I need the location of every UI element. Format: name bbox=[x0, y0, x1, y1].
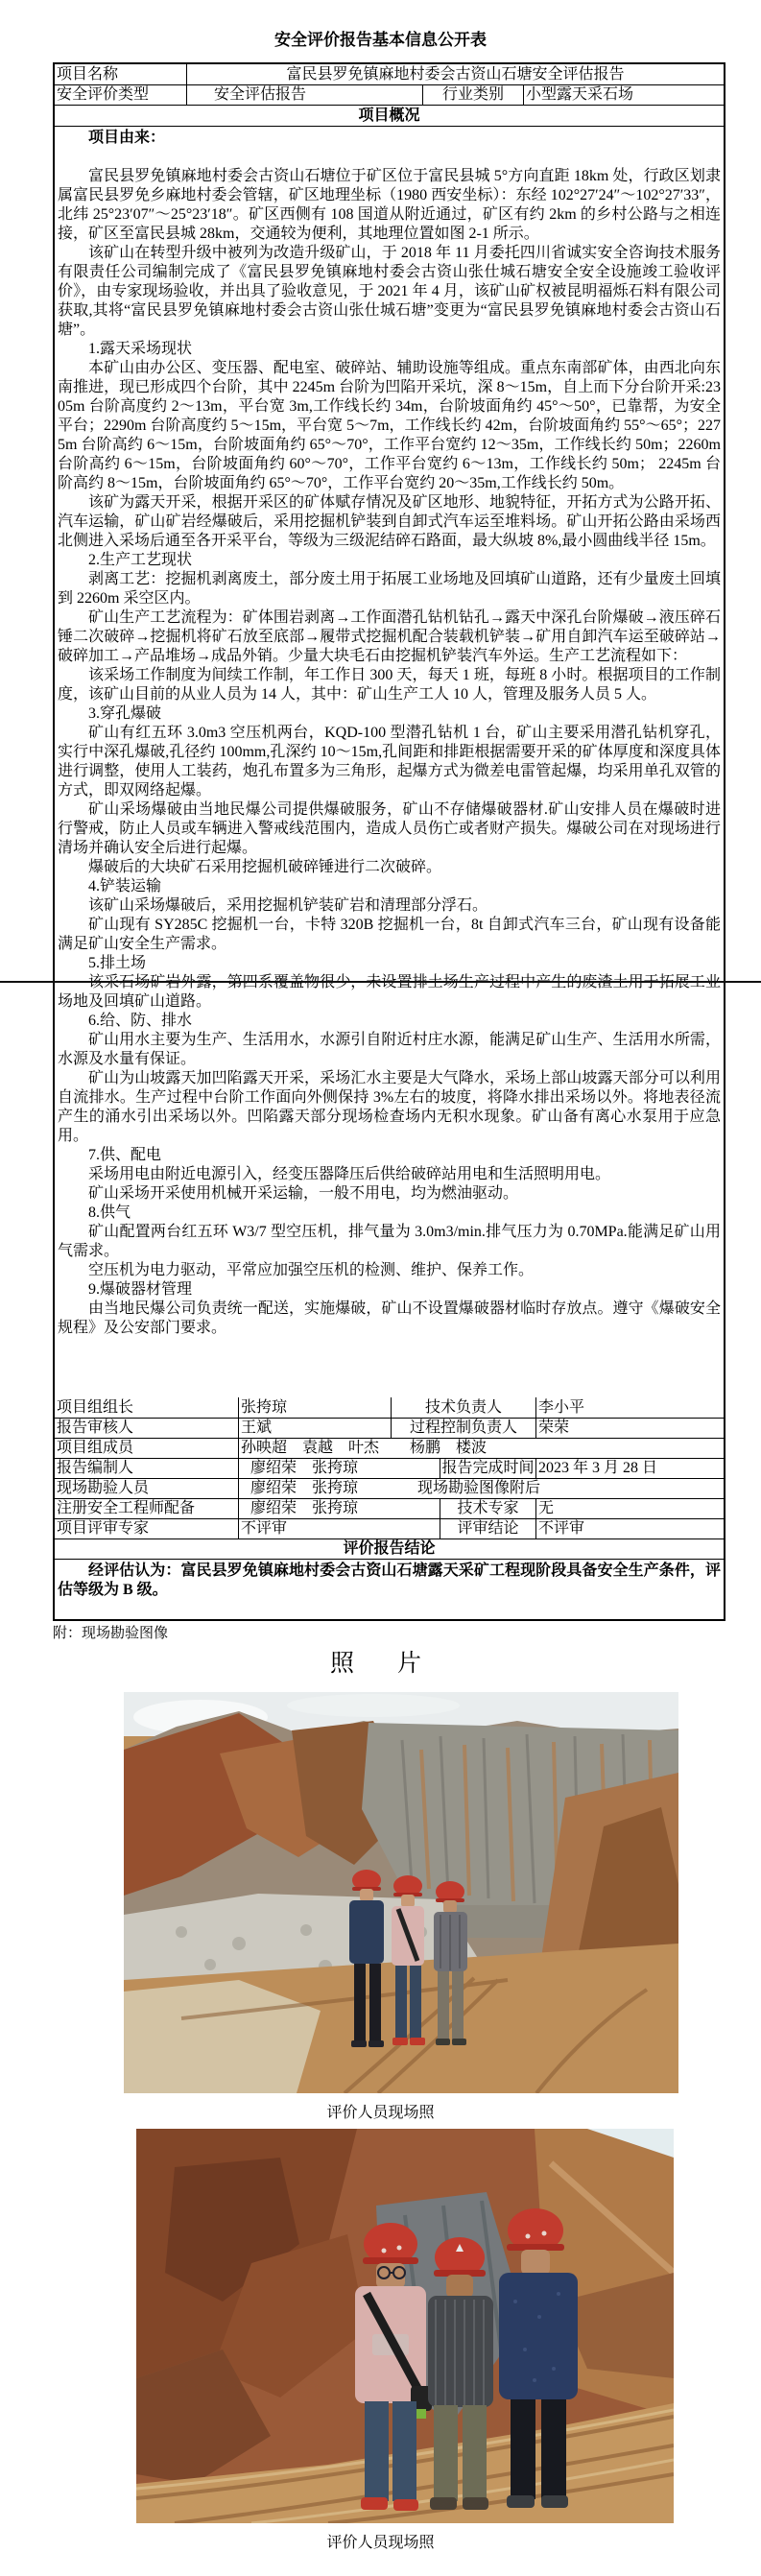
site-photo-quarry-wide bbox=[124, 1692, 678, 2093]
personnel-row: 项目评审专家不评审评审结论不评审 bbox=[55, 1518, 724, 1538]
photo-caption-2: 评价人员现场照 bbox=[0, 2534, 761, 2553]
personnel-label: 项目组组长 bbox=[55, 1397, 238, 1418]
industry-value: 小型露天采石场 bbox=[523, 85, 724, 105]
personnel-value: 廖绍荣 张挎琼 bbox=[238, 1459, 440, 1478]
overview-paragraph bbox=[58, 148, 721, 167]
personnel-value: 孙映超 袁越 叶杰 杨鹏 楼波 bbox=[238, 1439, 724, 1458]
conclusion-row: 经评估认为：富民县罗免镇麻地村委会古资山石塘露天采矿工程现阶段具备安全生产条件，… bbox=[55, 1559, 724, 1619]
document-page: { "page": { "title": "安全评价报告基本信息公开表", "a… bbox=[0, 0, 761, 2576]
personnel-value: 王斌 bbox=[238, 1419, 391, 1438]
personnel-row: 报告审核人王斌过程控制负责人荣荣 bbox=[55, 1418, 724, 1438]
personnel-value: 不评审 bbox=[535, 1519, 724, 1538]
overview-paragraph: 矿山采场开采使用机械开采运输，一般不用电，均为燃油驱动。 bbox=[58, 1184, 721, 1204]
personnel-label: 报告审核人 bbox=[55, 1419, 238, 1438]
overview-paragraph: 7.供、配电 bbox=[58, 1146, 721, 1165]
personnel-value: 报告完成时间 bbox=[440, 1459, 535, 1478]
personnel-label: 报告编制人 bbox=[55, 1459, 238, 1478]
overview-paragraph: 6.给、防、排水 bbox=[58, 1012, 721, 1031]
personnel-value: 无 bbox=[535, 1499, 724, 1518]
overview-paragraph: 矿山生产工艺流程为：矿体围岩剥离→工作面潜孔钻机钻孔→露天中深孔台阶爆破→液压碎… bbox=[58, 608, 721, 666]
overview-paragraph: 本矿山由办公区、变压器、配电室、破碎站、辅助设施等组成。重点东南部矿体，由西北向… bbox=[58, 359, 721, 493]
project-name-row: 项目名称 富民县罗免镇麻地村委会古资山石塘安全评估报告 bbox=[55, 64, 724, 84]
personnel-value: 李小平 bbox=[535, 1397, 724, 1418]
conclusion-header-row: 评价报告结论 bbox=[55, 1538, 724, 1559]
eval-type-row: 安全评价类型 安全评估报告 行业类别 小型露天采石场 bbox=[55, 84, 724, 105]
overview-paragraph: 由当地民爆公司负责统一配送，实施爆破，矿山不设置爆破器材临时存放点。遵守《爆破安… bbox=[58, 1300, 721, 1338]
personnel-label: 项目评审专家 bbox=[55, 1519, 238, 1538]
overview-header: 项目概况 bbox=[55, 106, 724, 126]
eval-type-label: 安全评价类型 bbox=[55, 85, 186, 105]
personnel-label: 现场勘验人员 bbox=[55, 1479, 238, 1498]
overview-row: 项目由来：富民县罗免镇麻地村委会古资山石塘位于矿区位于富民县城 5°方向直距 1… bbox=[55, 126, 724, 1397]
overview-paragraph: 9.爆破器材管理 bbox=[58, 1280, 721, 1300]
site-photo-group-closeup bbox=[136, 2129, 674, 2523]
overview-paragraph: 5.排土场 bbox=[58, 954, 721, 973]
overview-paragraph: 该矿山在转型升级中被列为改造升级矿山，于 2018 年 11 月委托四川省诚实安… bbox=[58, 244, 721, 340]
overview-paragraph: 该矿为露天开采，根据开采区的矿体赋存情况及矿区地形、地貌特征，开拓方式为公路开拓… bbox=[58, 493, 721, 551]
overview-paragraph: 剥离工艺：挖掘机剥离废土，部分废土用于拓展工业场地及回填矿山道路，还有少量废土回… bbox=[58, 570, 721, 608]
overview-paragraph: 矿山采场爆破由当地民爆公司提供爆破服务，矿山不存储爆破器材.矿山安排人员在爆破时… bbox=[58, 800, 721, 858]
personnel-row: 项目组成员孙映超 袁越 叶杰 杨鹏 楼波 bbox=[55, 1438, 724, 1458]
project-name-value: 富民县罗免镇麻地村委会古资山石塘安全评估报告 bbox=[186, 64, 724, 84]
group-photo-illustration bbox=[136, 2129, 674, 2523]
personnel-row: 报告编制人廖绍荣 张挎琼报告完成时间2023 年 3 月 28 日 bbox=[55, 1458, 724, 1478]
personnel-value: 过程控制负责人 bbox=[391, 1419, 535, 1438]
personnel-value: 评审结论 bbox=[440, 1519, 535, 1538]
personnel-cell-note: 现场勘验图像附后 bbox=[417, 1479, 540, 1498]
overview-paragraph: 3.穿孔爆破 bbox=[58, 704, 721, 724]
personnel-label: 注册安全工程师配备 bbox=[55, 1499, 238, 1518]
eval-type-value: 安全评估报告 bbox=[186, 85, 422, 105]
overview-paragraph: 矿山为山坡露天加凹陷露天开采，采场汇水主要是大气降水，采场上部山坡露天部分可以利… bbox=[58, 1069, 721, 1146]
personnel-value: 张挎琼 bbox=[238, 1397, 391, 1418]
page-break-line bbox=[0, 981, 761, 983]
conclusion-text: 经评估认为：富民县罗免镇麻地村委会古资山石塘露天采矿工程现阶段具备安全生产条件，… bbox=[55, 1560, 724, 1619]
industry-label: 行业类别 bbox=[422, 85, 523, 105]
overview-paragraph: 富民县罗免镇麻地村委会古资山石塘位于矿区位于富民县城 5°方向直距 18km 处… bbox=[58, 167, 721, 244]
overview-paragraph: 采场用电由附近电源引入，经变压器降压后供给破碎站用电和生活照明用电。 bbox=[58, 1165, 721, 1184]
conclusion-header: 评价报告结论 bbox=[55, 1539, 724, 1559]
overview-paragraph: 8.供气 bbox=[58, 1204, 721, 1223]
personnel-value: 技术负责人 bbox=[391, 1397, 535, 1418]
photo-caption-1: 评价人员现场照 bbox=[0, 2104, 761, 2123]
quarry-photo-illustration bbox=[124, 1692, 678, 2093]
overview-paragraph: 项目由来： bbox=[58, 129, 721, 148]
conclusion-paragraph: 经评估认为：富民县罗免镇麻地村委会古资山石塘露天采矿工程现阶段具备安全生产条件，… bbox=[58, 1562, 721, 1600]
personnel-cell-text: 廖绍荣 张挎琼 bbox=[250, 1479, 358, 1498]
project-name-label: 项目名称 bbox=[55, 64, 186, 84]
overview-paragraph: 空压机为电力驱动，平常应加强空压机的检测、维护、保养工作。 bbox=[58, 1261, 721, 1280]
overview-paragraph: 1.露天采场现状 bbox=[58, 340, 721, 359]
overview-paragraph: 爆破后的大块矿石采用挖掘机破碎锤进行二次破碎。 bbox=[58, 858, 721, 877]
personnel-value: 2023 年 3 月 28 日 bbox=[535, 1459, 724, 1478]
personnel-value: 不评审 bbox=[238, 1519, 440, 1538]
overview-paragraph: 矿山有红五环 3.0m3 空压机两台，KQD-100 型潜孔钻机 1 台，矿山主… bbox=[58, 724, 721, 800]
personnel-value: 技术专家 bbox=[440, 1499, 535, 1518]
personnel-value: 廖绍荣 张挎琼现场勘验图像附后 bbox=[238, 1479, 724, 1498]
personnel-row: 现场勘验人员廖绍荣 张挎琼现场勘验图像附后 bbox=[55, 1478, 724, 1498]
overview-paragraph: 矿山配置两台红五环 W3/7 型空压机，排气量为 3.0m3/min.排气压力为… bbox=[58, 1223, 721, 1261]
overview-paragraph: 该矿山采场爆破后，采用挖掘机铲装矿岩和清理部分浮石。 bbox=[58, 896, 721, 916]
personnel-row: 注册安全工程师配备廖绍荣 张挎琼技术专家无 bbox=[55, 1498, 724, 1518]
overview-text-cell: 项目由来：富民县罗免镇麻地村委会古资山石塘位于矿区位于富民县城 5°方向直距 1… bbox=[55, 127, 724, 1397]
overview-paragraph: 矿山用水主要为生产、生活用水，水源引自附近村庄水源，能满足矿山生产、生活用水所需… bbox=[58, 1031, 721, 1069]
overview-paragraph: 2.生产工艺现状 bbox=[58, 551, 721, 570]
overview-paragraph: 该采场工作制度为间续工作制，年工作日 300 天，每天 1 班，每班 8 小时。… bbox=[58, 666, 721, 704]
attachment-note: 附：现场勘验图像 bbox=[53, 1625, 761, 1642]
personnel-row: 项目组组长张挎琼技术负责人李小平 bbox=[55, 1397, 724, 1418]
photos-heading: 照 片 bbox=[0, 1650, 761, 1679]
overview-paragraph: 4.铲装运输 bbox=[58, 877, 721, 896]
personnel-table: 项目组组长张挎琼技术负责人李小平报告审核人王斌过程控制负责人荣荣项目组成员孙映超… bbox=[55, 1397, 724, 1538]
personnel-value: 荣荣 bbox=[535, 1419, 724, 1438]
personnel-label: 项目组成员 bbox=[55, 1439, 238, 1458]
overview-paragraph: 矿山现有 SY285C 挖掘机一台，卡特 320B 挖掘机一台，8t 自卸式汽车… bbox=[58, 916, 721, 954]
page-title: 安全评价报告基本信息公开表 bbox=[0, 0, 761, 50]
overview-header-row: 项目概况 bbox=[55, 105, 724, 126]
report-info-table: 项目名称 富民县罗免镇麻地村委会古资山石塘安全评估报告 安全评价类型 安全评估报… bbox=[53, 62, 725, 1621]
personnel-value: 廖绍荣 张挎琼 bbox=[238, 1499, 440, 1518]
overview-paragraph: 该采石场矿岩外露，第四系覆盖物很少，未设置排土场生产过程中产生的废渣土用于拓展工… bbox=[58, 973, 721, 1012]
